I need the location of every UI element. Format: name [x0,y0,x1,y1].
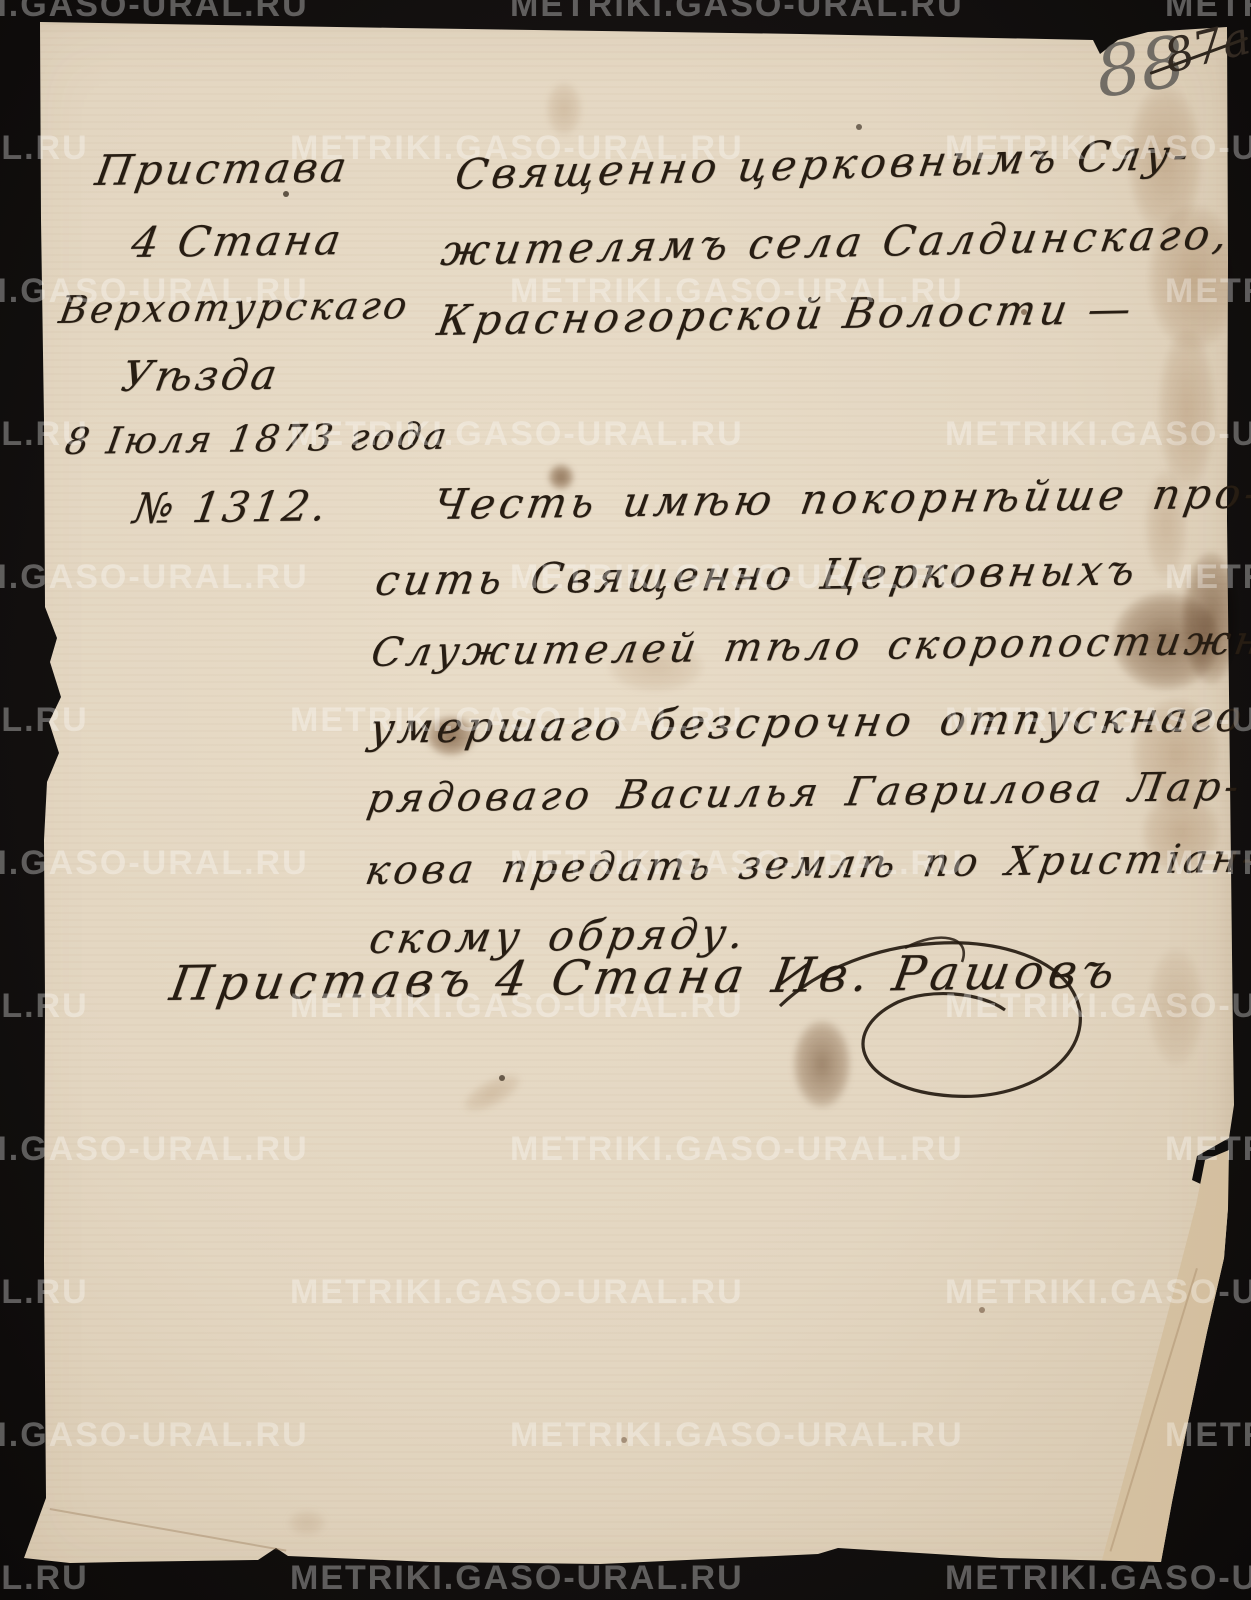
document-number: № 1312. [130,481,333,533]
stain [546,82,582,136]
date-line: 8 Іюля 1873 года [62,415,453,463]
sender-line: 4 Стана [128,215,347,267]
sender-line: Верхотурскаго [56,283,413,332]
ink-specks [0,0,4,4]
sender-line: Уѣзда [118,350,283,401]
stain [1158,330,1216,490]
document-scan: 88 87а Пристава 4 Стана Верхотурскаго Уѣ… [0,0,1251,1600]
stain [1148,948,1204,1066]
stain [288,1510,326,1536]
sender-line: Пристава [92,142,353,195]
watermark-text: METRIKI.GASO-URAL.RU [510,0,964,25]
watermark-text: METRIKI.GASO-URAL.RU [0,1559,89,1598]
stain [793,1020,851,1108]
signature-title: Приставъ 4 Стана [166,948,753,1012]
watermark-text: METRIKI.GASO-URAL.RU [290,1559,744,1598]
watermark-text: METRIKI.GASO-URAL.RU [945,1559,1251,1598]
watermark-text: METRIKI.GASO-URAL.RU [0,0,309,25]
signature-name: Ив. Рашовъ [768,943,1123,1004]
